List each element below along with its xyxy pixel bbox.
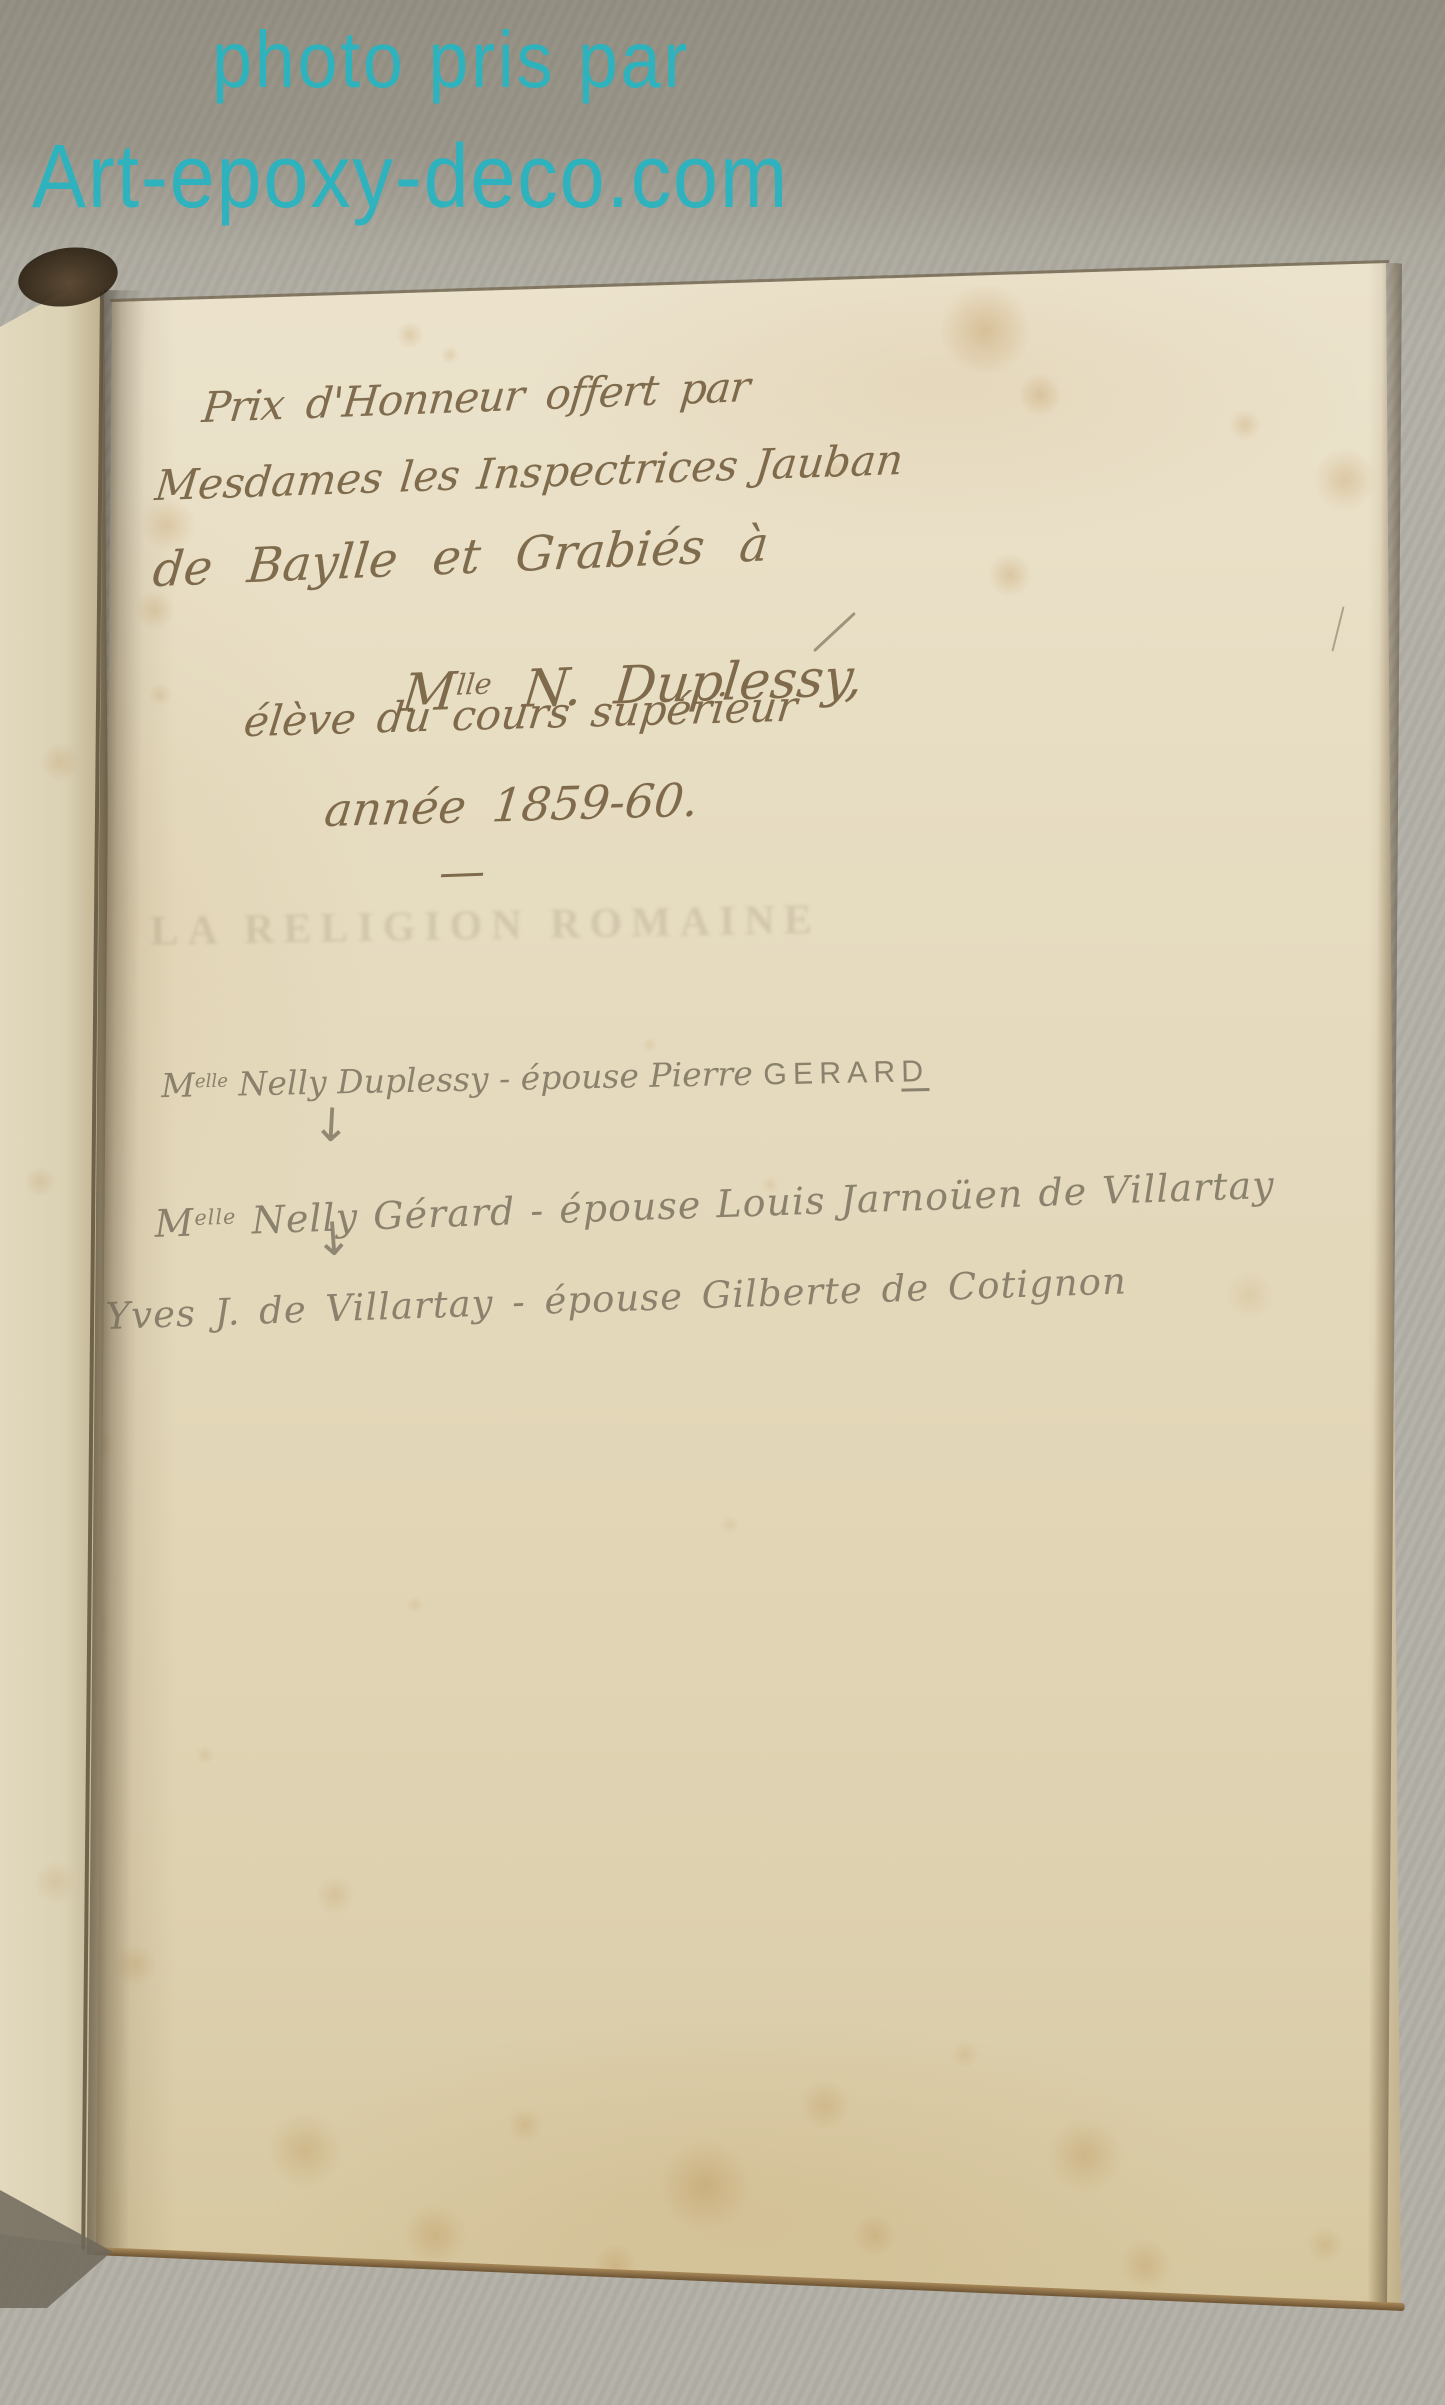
- lineage-arrow-icon: ↓: [311, 1097, 352, 1153]
- pencil-line-1-text: Nelly Duplessy - épouse Pierre: [228, 1054, 764, 1104]
- inscription-separator-dash: —: [438, 843, 486, 899]
- surname-caps: GERAR: [763, 1056, 902, 1092]
- melle-superscript: elle: [195, 1071, 229, 1093]
- pencil-line-1: Melle Nelly Duplessy - épouse Pierre GER…: [118, 1011, 930, 1145]
- surname-caps-underlined: D: [901, 1055, 930, 1092]
- watermark-line-1: photo pris par: [212, 14, 690, 106]
- inscription-line-6: année 1859-60.: [322, 773, 701, 838]
- lineage-arrow-icon: ↓: [312, 1211, 354, 1268]
- watermark-line-2: Art-epoxy-deco.com: [32, 126, 789, 229]
- melle-abbreviation: M: [161, 1065, 196, 1105]
- pencil-line-2-text: Nelly Gérard - épouse Louis Jarnoüen de …: [236, 1163, 1276, 1243]
- melle-abbreviation: M: [154, 1200, 195, 1245]
- melle-superscript: elle: [194, 1205, 237, 1230]
- photograph-of-old-book: Prix d'Honneur offert par Mesdames les I…: [0, 0, 1445, 2405]
